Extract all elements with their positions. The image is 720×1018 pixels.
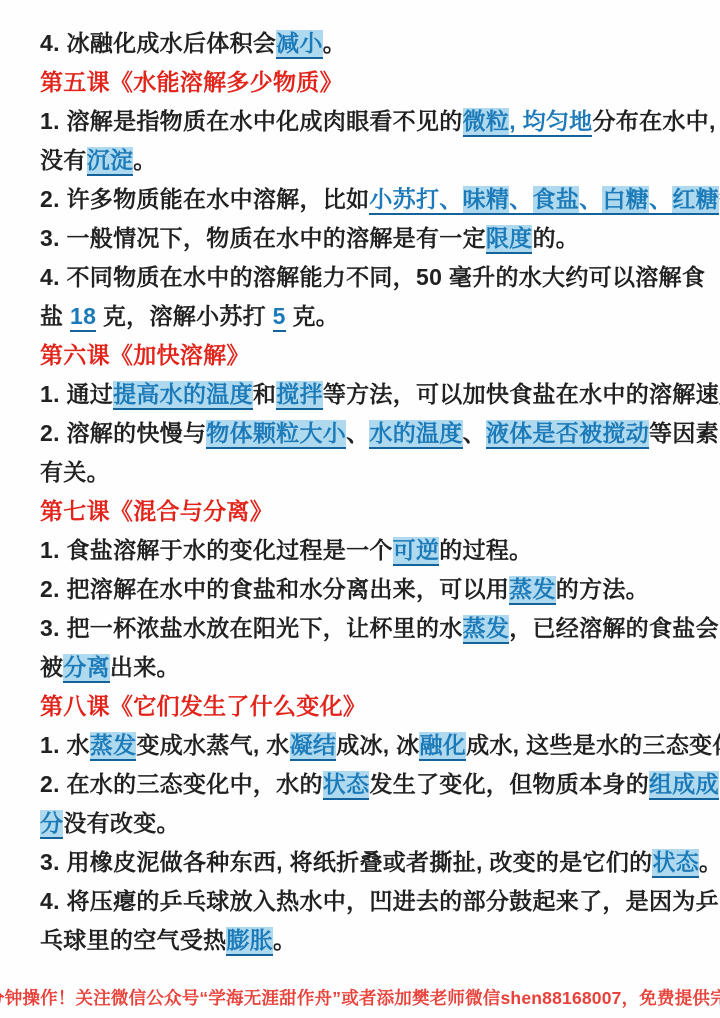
underlined-key-term: 、 (439, 186, 462, 215)
body-text: 2. 在水的三态变化中，水的 (40, 771, 323, 797)
text-line: 分没有改变。 (40, 804, 716, 843)
underlined-key-term: 均匀地 (523, 108, 593, 137)
body-text: 。 (133, 147, 156, 173)
body-text: 克，溶解小苏打 (96, 303, 272, 329)
highlighted-key-term: 状态 (323, 771, 370, 800)
body-text: 等方法，可以加快食盐在水中的溶解速度。 (323, 381, 720, 407)
text-line: 1. 食盐溶解于水的变化过程是一个可逆的过程。 (40, 531, 716, 570)
section-heading: 第七课《混合与分离》 (40, 492, 716, 531)
highlighted-key-term: 融化 (419, 732, 466, 761)
body-text: 和 (253, 381, 276, 407)
body-text: 成冰, 冰 (336, 732, 419, 758)
body-text: 4. 不同物质在水中的溶解能力不同，50 毫升的水大约可以溶解食 (40, 264, 705, 290)
highlighted-key-term: 凝结 (290, 732, 337, 761)
body-text: 1. 溶解是指物质在水中化成肉眼看不见的 (40, 108, 463, 134)
text-line: 3. 一般情况下，物质在水中的溶解是有一定限度的。 (40, 219, 716, 258)
body-text: 的。 (532, 225, 579, 251)
underlined-key-term: 18 (70, 303, 96, 332)
highlighted-key-term: 分 (40, 810, 63, 839)
highlighted-key-term: 蒸发 (463, 615, 510, 644)
text-line: 2. 把溶解在水中的食盐和水分离出来，可以用蒸发的方法。 (40, 570, 716, 609)
underlined-key-term: 、 (509, 186, 532, 215)
body-text: 4. 冰融化成水后体积会 (40, 30, 276, 56)
text-line: 3. 把一杯浓盐水放在阳光下，让杯里的水蒸发，已经溶解的食盐会 (40, 609, 716, 648)
section-heading: 第八课《它们发生了什么变化》 (40, 687, 716, 726)
highlighted-key-term: 分离 (63, 654, 110, 683)
highlighted-key-term: 可逆 (393, 537, 440, 566)
highlighted-key-term: 组成成 (649, 771, 719, 800)
body-text: 1. 水 (40, 732, 90, 758)
body-text: 出来。 (110, 654, 180, 680)
highlighted-key-term: 红糖 (672, 186, 719, 215)
section-heading-label: 第五课《水能溶解多少物质》 (40, 69, 343, 95)
body-text: 2. 溶解的快慢与 (40, 420, 206, 446)
highlighted-key-term: 白糖 (602, 186, 649, 215)
underlined-key-term: 、 (649, 186, 672, 215)
highlighted-key-term: 味精 (463, 186, 510, 215)
text-line: 被分离出来。 (40, 648, 716, 687)
highlighted-key-term: 沉淀 (87, 147, 134, 176)
body-text: 3. 把一杯浓盐水放在阳光下，让杯里的水 (40, 615, 463, 641)
text-line: 1. 溶解是指物质在水中化成肉眼看不见的微粒, 均匀地分布在水中, (40, 102, 716, 141)
highlighted-key-term: 蒸发 (509, 576, 556, 605)
body-text: 3. 一般情况下，物质在水中的溶解是有一定 (40, 225, 486, 251)
section-heading: 第六课《加快溶解》 (40, 336, 716, 375)
body-text: 分布在水中, (592, 108, 715, 134)
underlined-key-term: 、 (579, 186, 602, 215)
body-text: 的过程。 (439, 537, 532, 563)
section-heading-label: 第六课《加快溶解》 (40, 342, 250, 368)
text-line: 盐 18 克，溶解小苏打 5 克。 (40, 297, 716, 336)
highlighted-key-term: 液体是否被搅动 (486, 420, 649, 449)
text-line: 1. 通过提高水的温度和搅拌等方法，可以加快食盐在水中的溶解速度。 (40, 375, 716, 414)
body-text: 4. 将压瘪的乒乓球放入热水中，凹进去的部分鼓起来了，是因为乒 (40, 888, 719, 914)
body-text: ，已经溶解的食盐会 (509, 615, 719, 641)
body-text: 没有改变。 (63, 810, 180, 836)
body-text: 。 (273, 927, 296, 953)
body-text: 成水, 这些是水的三态变化。 (466, 732, 720, 758)
highlighted-key-term: 减小 (276, 30, 323, 59)
body-text: 有关。 (40, 459, 110, 485)
text-line: 4. 冰融化成水后体积会减小。 (40, 24, 716, 63)
body-text: 发生了变化，但物质本身的 (369, 771, 649, 797)
body-text: 变成水蒸气, 水 (136, 732, 289, 758)
body-text: 乓球里的空气受热 (40, 927, 226, 953)
body-text: 被 (40, 654, 63, 680)
body-text: 克。 (286, 303, 339, 329)
highlighted-key-term: 物体颗粒大小 (206, 420, 346, 449)
text-line: 2. 在水的三态变化中，水的状态发生了变化，但物质本身的组成成 (40, 765, 716, 804)
underlined-key-term: 小苏打 (369, 186, 439, 215)
highlighted-key-term: 状态 (652, 849, 699, 878)
highlighted-key-term: 搅拌 (276, 381, 323, 410)
body-text: 1. 通过 (40, 381, 113, 407)
body-text: 1. 食盐溶解于水的变化过程是一个 (40, 537, 393, 563)
body-text: 。 (699, 849, 720, 875)
section-heading-label: 第八课《它们发生了什么变化》 (40, 693, 366, 719)
text-line: 3. 用橡皮泥做各种东西, 将纸折叠或者撕扯, 改变的是它们的状态。 (40, 843, 716, 882)
body-text: 2. 把溶解在水中的食盐和水分离出来，可以用 (40, 576, 509, 602)
underlined-key-term: 5 (273, 303, 286, 332)
footer-promo-text: 分钟操作！关注微信公众号“学海无涯甜作舟”或者添加樊老师微信shen881680… (0, 985, 720, 1011)
text-line: 2. 溶解的快慢与物体颗粒大小、水的温度、液体是否被搅动等因素 (40, 414, 716, 453)
highlighted-key-term: 微粒 (463, 108, 510, 137)
highlighted-key-term: 蒸发 (90, 732, 137, 761)
body-text: 没有 (40, 147, 87, 173)
body-text: 、 (346, 420, 369, 446)
body-text: 盐 (40, 303, 70, 329)
highlighted-key-term: 食盐 (533, 186, 580, 215)
text-line: 4. 将压瘪的乒乓球放入热水中，凹进去的部分鼓起来了，是因为乒 (40, 882, 716, 921)
body-text: 2. 许多物质能在水中溶解，比如 (40, 186, 369, 212)
body-text: 的方法。 (556, 576, 649, 602)
text-line: 乓球里的空气受热膨胀。 (40, 921, 716, 960)
section-heading-label: 第七课《混合与分离》 (40, 498, 273, 524)
highlighted-key-term: 水的温度 (369, 420, 462, 449)
text-line: 2. 许多物质能在水中溶解，比如小苏打、味精、食盐、白糖、红糖等。 (40, 180, 716, 219)
body-text: 。 (323, 30, 346, 56)
document-body: 4. 冰融化成水后体积会减小。第五课《水能溶解多少物质》1. 溶解是指物质在水中… (0, 0, 720, 960)
text-line: 4. 不同物质在水中的溶解能力不同，50 毫升的水大约可以溶解食 (40, 258, 716, 297)
body-text: 3. 用橡皮泥做各种东西, 将纸折叠或者撕扯, 改变的是它们的 (40, 849, 652, 875)
text-line: 有关。 (40, 453, 716, 492)
highlighted-key-term: 膨胀 (226, 927, 273, 956)
highlighted-key-term: 提高水的温度 (113, 381, 253, 410)
body-text: 等因素 (649, 420, 719, 446)
body-text: 、 (463, 420, 486, 446)
text-line: 没有沉淀。 (40, 141, 716, 180)
underlined-key-term: , (509, 108, 522, 137)
section-heading: 第五课《水能溶解多少物质》 (40, 63, 716, 102)
document-page: 4. 冰融化成水后体积会减小。第五课《水能溶解多少物质》1. 溶解是指物质在水中… (0, 0, 720, 1018)
highlighted-key-term: 限度 (486, 225, 533, 254)
text-line: 1. 水蒸发变成水蒸气, 水凝结成冰, 冰融化成水, 这些是水的三态变化。 (40, 726, 716, 765)
